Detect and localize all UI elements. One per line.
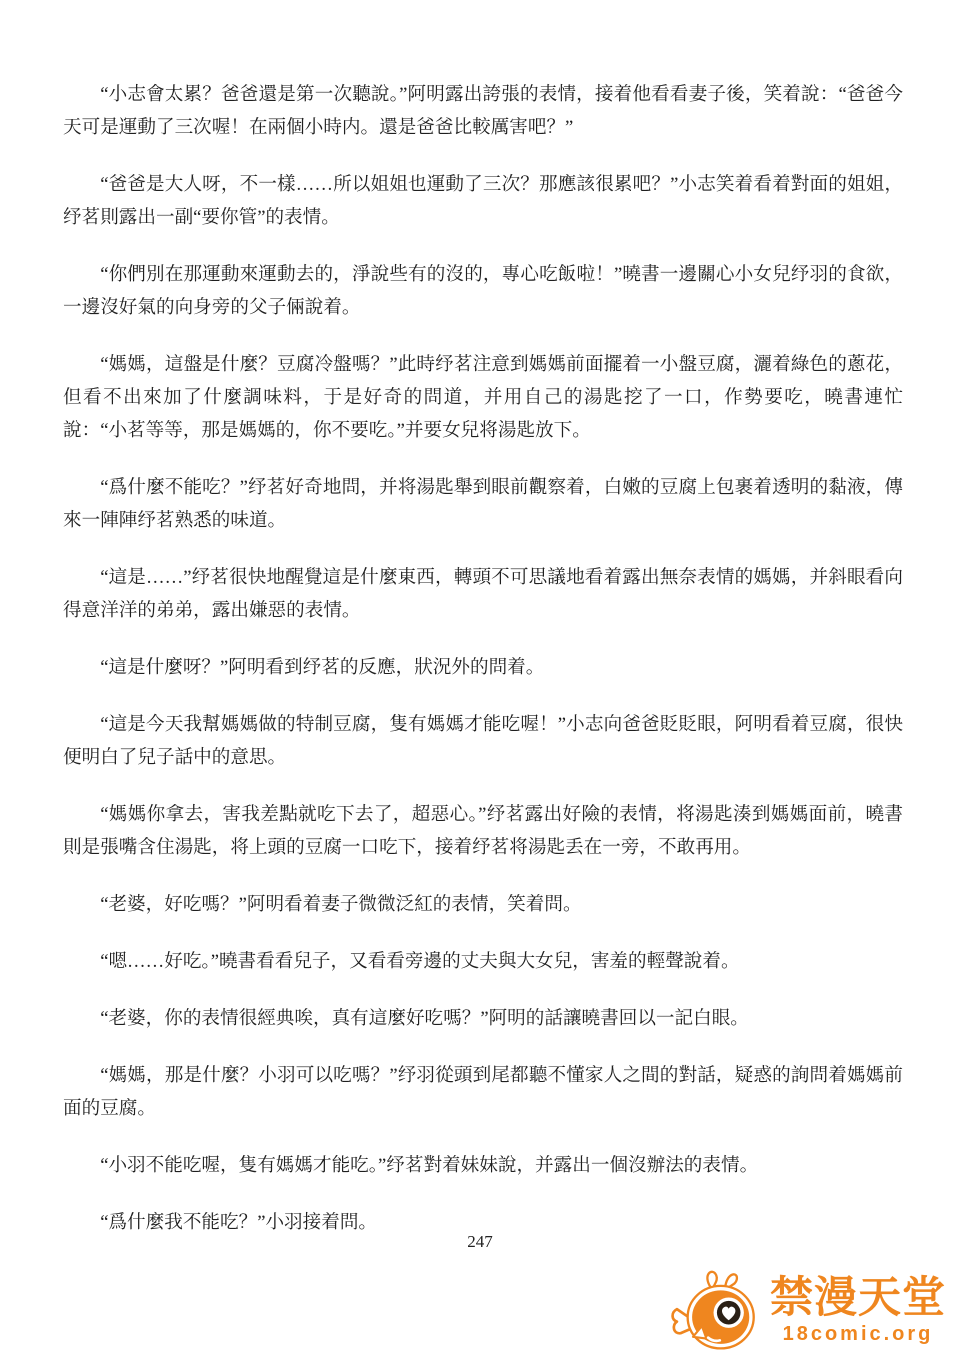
- paragraph: “媽媽，這盤是什麼？豆腐冷盤嗎？”此時纾茗注意到媽媽前面擺着一小盤豆腐，灑着綠色…: [63, 348, 903, 447]
- paragraph: “爲什麼不能吃？”纾茗好奇地問，并将湯匙舉到眼前觀察着，白嫩的豆腐上包裹着透明的…: [63, 471, 903, 537]
- document-page: “小志會太累？爸爸還是第一次聽說。”阿明露出誇張的表情，接着他看看妻子後，笑着說…: [0, 0, 960, 1357]
- paragraph: “這是什麼呀？”阿明看到纾茗的反應，狀況外的問着。: [63, 651, 903, 684]
- paragraph: “老婆，你的表情很經典唉，真有這麼好吃嗎？”阿明的話讓曉書回以一記白眼。: [63, 1002, 903, 1035]
- watermark-site-name: 禁漫天堂: [770, 1276, 946, 1321]
- paragraph: “嗯……好吃。”曉書看看兒子，又看看旁邊的丈夫與大女兒，害羞的輕聲說着。: [63, 945, 903, 978]
- watermark-site-url: 18comic.org: [783, 1324, 934, 1344]
- paragraph: “爸爸是大人呀，不一樣……所以姐姐也運動了三次？那應該很累吧？”小志笑着看着對面…: [63, 168, 903, 234]
- mascot-fish-icon: [668, 1265, 768, 1355]
- page-number: 247: [0, 1232, 960, 1252]
- paragraph: “這是……”纾茗很快地醒覺這是什麼東西，轉頭不可思議地看着露出無奈表情的媽媽，并…: [63, 561, 903, 627]
- paragraph: “你們別在那運動來運動去的，淨說些有的沒的，專心吃飯啦！”曉書一邊關心小女兒纾羽…: [63, 258, 903, 324]
- paragraph: “老婆，好吃嗎？”阿明看着妻子微微泛紅的表情，笑着問。: [63, 888, 903, 921]
- paragraph: “小志會太累？爸爸還是第一次聽說。”阿明露出誇張的表情，接着他看看妻子後，笑着說…: [63, 78, 903, 144]
- paragraph: “媽媽你拿去，害我差點就吃下去了，超惡心。”纾茗露出好險的表情，将湯匙湊到媽媽面…: [63, 798, 903, 864]
- paragraph: “小羽不能吃喔，隻有媽媽才能吃。”纾茗對着妹妹說，并露出一個沒辦法的表情。: [63, 1149, 903, 1182]
- text-content: “小志會太累？爸爸還是第一次聽說。”阿明露出誇張的表情，接着他看看妻子後，笑着說…: [63, 78, 903, 1263]
- paragraph: “這是今天我幫媽媽做的特制豆腐，隻有媽媽才能吃喔！”小志向爸爸貶貶眼，阿明看着豆…: [63, 708, 903, 774]
- watermark-text: 禁漫天堂 18comic.org: [770, 1276, 946, 1343]
- paragraph: “媽媽，那是什麼？小羽可以吃嗎？”纾羽從頭到尾都聽不懂家人之間的對話，疑惑的詢問…: [63, 1059, 903, 1125]
- watermark: 禁漫天堂 18comic.org: [668, 1265, 946, 1355]
